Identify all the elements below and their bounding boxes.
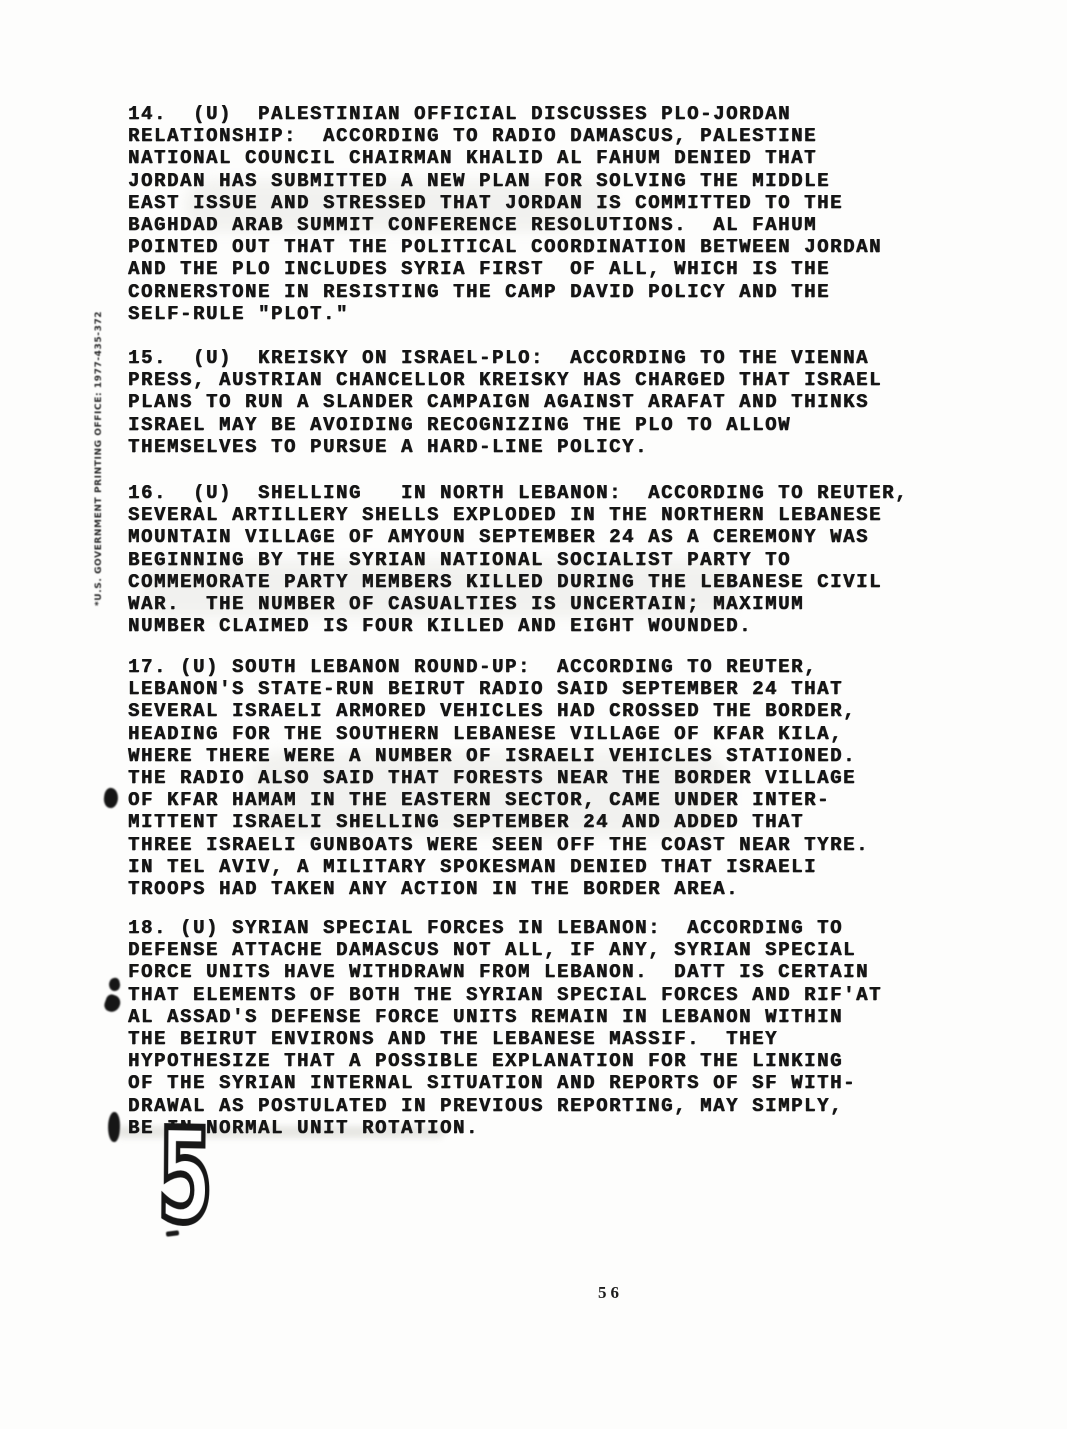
paragraph-17: 17. (U) SOUTH LEBANON ROUND-UP: ACCORDIN… [128, 656, 869, 900]
printing-office-margin-note: *U.S. GOVERNMENT PRINTING OFFICE: 1977-4… [94, 296, 105, 606]
page-stamp-numeral: 5 [157, 1113, 213, 1242]
ink-smudge [108, 977, 121, 992]
paragraph-18: 18. (U) SYRIAN SPECIAL FORCES IN LEBANON… [128, 917, 882, 1139]
scanned-document-page: *U.S. GOVERNMENT PRINTING OFFICE: 1977-4… [0, 0, 1067, 1429]
ink-smudge [103, 787, 120, 809]
paragraph-15: 15. (U) KREISKY ON ISRAEL-PLO: ACCORDING… [128, 347, 882, 458]
paragraph-14: 14. (U) PALESTINIAN OFFICIAL DISCUSSES P… [128, 103, 882, 325]
ink-smudge [103, 993, 123, 1014]
paragraph-16: 16. (U) SHELLING IN NORTH LEBANON: ACCOR… [128, 482, 908, 637]
page-number: 56 [598, 1284, 623, 1302]
